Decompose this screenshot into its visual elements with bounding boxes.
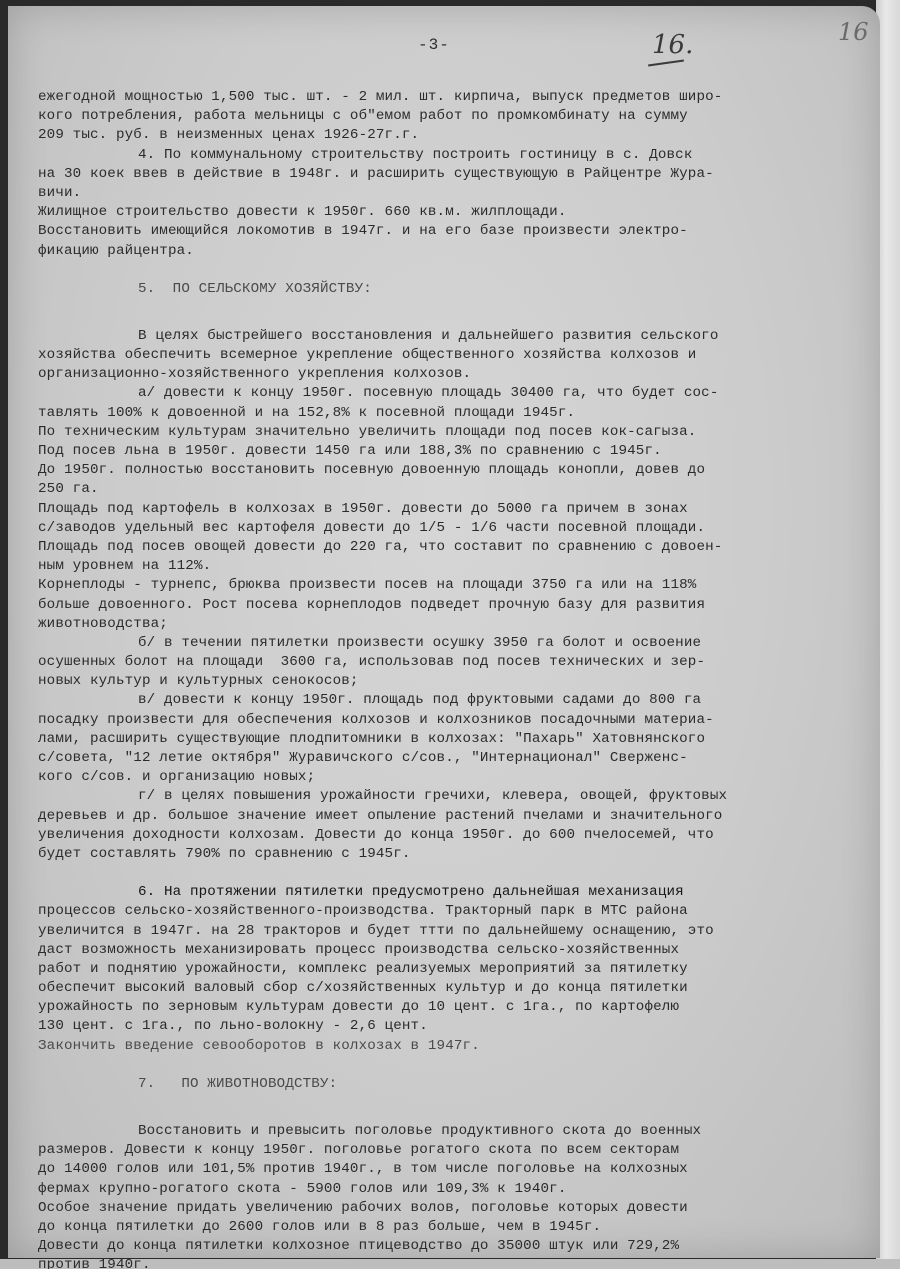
text-line: Восстановить имеющийся локомотив в 1947г… [38,222,883,241]
text-line: 130 цент. с 1га., по льно-волокну - 2,6 … [38,1017,883,1036]
text-line: Площадь под картофель в колхозах в 1950г… [38,500,883,519]
text-line: 209 тыс. руб. в неизменных ценах 1926-27… [38,126,883,145]
text-line: Особое значение придать увеличению рабоч… [38,1199,883,1218]
text-line: с/совета, "12 летие октября" Журавичског… [38,749,883,768]
text-line: До 1950г. полностью восстановить посевну… [38,461,883,480]
text-line: размеров. Довести к концу 1950г. поголов… [38,1141,883,1160]
text-line: ежегодной мощностью 1,500 тыс. шт. - 2 м… [38,88,883,107]
text-line: работ и поднятию урожайности, комплекс р… [38,960,883,979]
text-line: а/ довести к концу 1950г. посевную площа… [38,384,883,403]
text-line: с/заводов удельный вес картофеля довести… [38,519,883,538]
text-line: По техническим культурам значительно уве… [38,423,883,442]
text-line: процессов сельско-хозяйственного-произво… [38,902,883,921]
text-line: 250 га. [38,480,883,499]
text-line: будет составлять 790% по сравнению с 194… [38,845,883,864]
text-line: 4. По коммунальному строительству постро… [38,146,883,165]
text-line: ным уровнем на 112%. [38,557,883,576]
handwritten-folio-number: 16. [652,30,693,60]
paragraph-communal-construction: 4. По коммунальному строительству постро… [38,146,883,261]
text-line: Под посев льна в 1950г. довести 1450 га … [38,442,883,461]
text-line: до 14000 голов или 101,5% против 1940г.,… [38,1160,883,1179]
text-line: 6. На протяжении пятилетки предусмотрено… [38,883,883,902]
paragraph-agriculture: В целях быстрейшего восстановления и дал… [38,327,883,864]
text-line: Довести до конца пятилетки колхозное пти… [38,1237,883,1256]
text-line: фикацию райцентра. [38,242,883,261]
text-line: В целях быстрейшего восстановления и дал… [38,327,883,346]
text-line: осушенных болот на площади 3600 га, испо… [38,653,883,672]
paragraph-continuation: ежегодной мощностью 1,500 тыс. шт. - 2 м… [38,88,883,146]
text-line: хозяйства обеспечить всемерное укреплени… [38,346,883,365]
text-line: обеспечит высокий валовый сбор с/хозяйст… [38,979,883,998]
text-line: вичи. [38,184,883,203]
text-line: новых культур и культурных сенокосов; [38,672,883,691]
text-line: фермах крупно-рогатого скота - 5900 голо… [38,1180,883,1199]
text-line: организационно-хозяйственного укрепления… [38,365,883,384]
text-line: больше довоенного. Рост посева корнеплод… [38,596,883,615]
text-line: животноводства; [38,615,883,634]
text-line: Восстановить и превысить поголовье проду… [38,1122,883,1141]
paragraph-mechanization: 6. На протяжении пятилетки предусмотрено… [38,883,883,1056]
text-line: кого потребления, работа мельницы с об"е… [38,107,883,126]
text-line: увеличения доходности колхозам. Довести … [38,826,883,845]
text-line: деревьев и др. большое значение имеет оп… [38,807,883,826]
text-line: Площадь под посев овощей довести до 220 … [38,538,883,557]
text-line: на 30 коек ввев в действие в 1948г. и ра… [38,165,883,184]
document-body: ежегодной мощностью 1,500 тыс. шт. - 2 м… [38,88,883,1269]
text-line: Закончить введение севооборотов в колхоз… [38,1037,883,1056]
section-heading-livestock: 7. ПО ЖИВОТНОВОДСТВУ: [38,1075,883,1094]
text-line: урожайность по зерновым культурам довест… [38,998,883,1017]
text-line: кого с/сов. и организацию новых; [38,768,883,787]
text-line: увеличится в 1947г. на 28 тракторов и бу… [38,922,883,941]
handwritten-corner-number: 16 [838,18,869,46]
section-heading-agriculture: 5. ПО СЕЛЬСКОМУ ХОЗЯЙСТВУ: [38,280,883,299]
text-line: против 1940г. [38,1256,883,1269]
text-line: даст возможность механизировать процесс … [38,941,883,960]
text-line: в/ довести к концу 1950г. площадь под фр… [38,691,883,710]
text-line: лами, расширить существующие плодпитомни… [38,730,883,749]
text-line: б/ в течении пятилетки произвести осушку… [38,634,883,653]
text-line: Жилищное строительство довести к 1950г. … [38,203,883,222]
page-number: -3- [418,36,450,54]
paragraph-livestock: Восстановить и превысить поголовье проду… [38,1122,883,1269]
text-line: тавлять 100% к довоенной и на 152,8% к п… [38,404,883,423]
text-line: Корнеплоды - турнепс, брюква произвести … [38,576,883,595]
text-line: г/ в целях повышения урожайности гречихи… [38,787,883,806]
text-line: посадку произвести для обеспечения колхо… [38,711,883,730]
text-line: до конца пятилетки до 2600 голов или в 8… [38,1218,883,1237]
